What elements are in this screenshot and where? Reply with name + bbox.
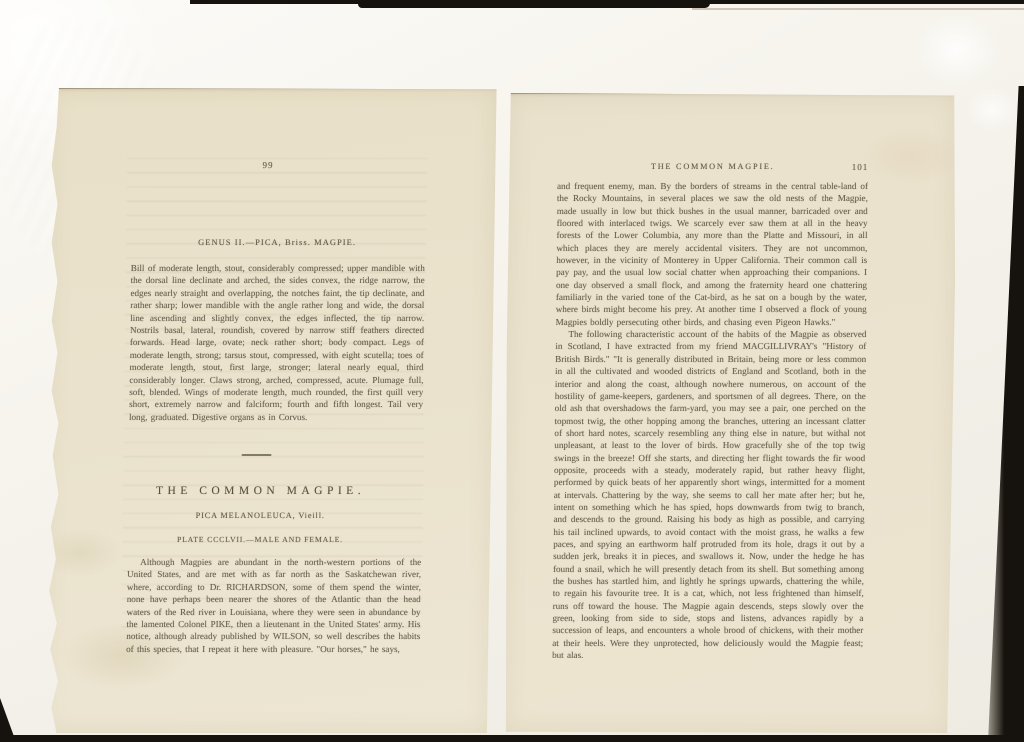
section-divider-rule [242, 454, 272, 456]
species-title: THE COMMON MAGPIE. [37, 485, 484, 497]
left-book-page: 99 GENUS II.—PICA, Briss. MAGPIE. Bill o… [42, 88, 497, 733]
genus-heading: GENUS II.—PICA, Briss. MAGPIE. [101, 238, 453, 247]
intro-paragraph: Although Magpies are abundant in the nor… [126, 556, 421, 658]
left-page-number: 99 [122, 160, 414, 170]
backdrop-top-edge-thick [358, 0, 710, 8]
plate-reference-line: PLATE CCCLVII.—MALE AND FEMALE. [36, 535, 483, 544]
right-page-number: 101 [557, 162, 868, 172]
macgillivray-paragraph: The following characteristic account of … [552, 328, 866, 658]
right-book-page: THE COMMON MAGPIE. 101 and frequent enem… [502, 93, 957, 733]
scientific-name-line: PICA MELANOLEUCA, Vieill. [37, 511, 484, 520]
right-page-text-block: and frequent enemy, man. By the borders … [552, 180, 868, 658]
genus-description-paragraph: Bill of moderate length, stout, consider… [129, 262, 425, 426]
continuation-paragraph: and frequent enemy, man. By the borders … [556, 180, 869, 328]
mat-top-edge-line [692, 8, 1024, 10]
backdrop-bottom-edge [0, 735, 1024, 742]
